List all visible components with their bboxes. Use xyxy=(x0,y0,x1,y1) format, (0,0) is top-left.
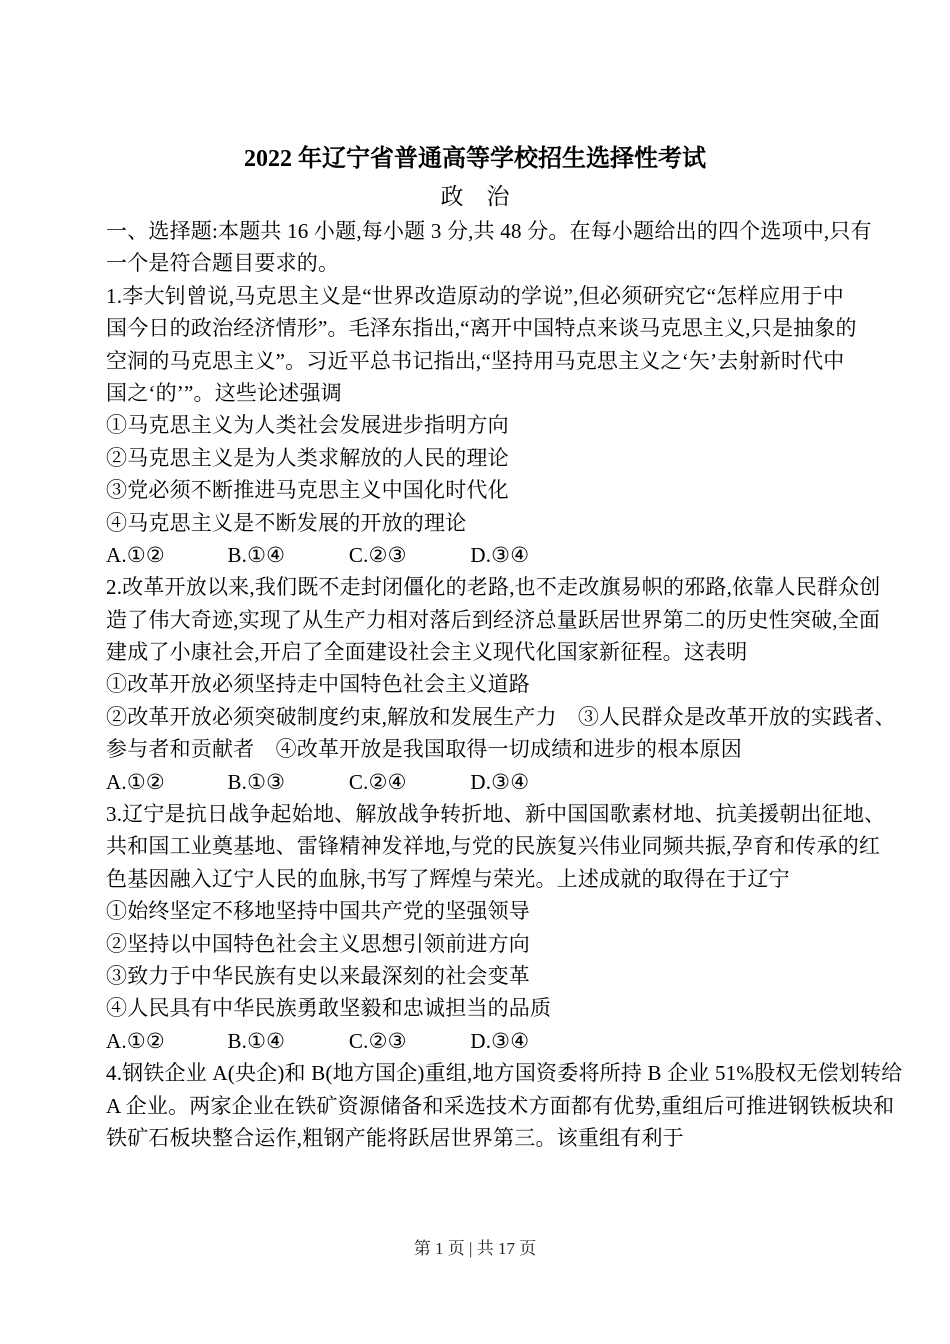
page-number-footer: 第 1 页 | 共 17 页 xyxy=(0,1238,950,1260)
answer-choice-a: A.①② xyxy=(106,766,222,798)
question-3-answer-row: A.①② B.①④ C.②③ D.③④ xyxy=(106,1025,844,1057)
question-3-statement-1: ①始终坚定不移地坚持中国共产党的坚强领导 xyxy=(106,895,844,927)
question-1-line: 国今日的政治经济情形”。毛泽东指出,“离开中国特点来谈马克思主义,只是抽象的 xyxy=(106,312,844,344)
exam-subject: 政 治 xyxy=(106,178,844,215)
question-4-line: A 企业。两家企业在铁矿资源储备和采选技术方面都有优势,重组后可推进钢铁板块和 xyxy=(106,1090,844,1122)
answer-choice-b: B.①④ xyxy=(227,539,343,571)
question-1-statement-3: ③党必须不断推进马克思主义中国化时代化 xyxy=(106,474,844,506)
question-2-line: 建成了小康社会,开启了全面建设社会主义现代化国家新征程。这表明 xyxy=(106,636,844,668)
question-4-line: 铁矿石板块整合运作,粗钢产能将跃居世界第三。该重组有利于 xyxy=(106,1122,844,1154)
question-1-statement-2: ②马克思主义是为人类求解放的人民的理论 xyxy=(106,442,844,474)
answer-choice-d: D.③④ xyxy=(470,1025,529,1057)
answer-choice-b: B.①④ xyxy=(227,1025,343,1057)
question-3-line: 色基因融入辽宁人民的血脉,书写了辉煌与荣光。上述成就的取得在于辽宁 xyxy=(106,863,844,895)
answer-choice-d: D.③④ xyxy=(470,539,529,571)
answer-choice-d: D.③④ xyxy=(470,766,529,798)
answer-choice-a: A.①② xyxy=(106,539,222,571)
question-1-statement-4: ④马克思主义是不断发展的开放的理论 xyxy=(106,507,844,539)
question-3-statement-2: ②坚持以中国特色社会主义思想引领前进方向 xyxy=(106,928,844,960)
question-1-statement-1: ①马克思主义为人类社会发展进步指明方向 xyxy=(106,409,844,441)
question-2-statement-4: 参与者和贡献者 ④改革开放是我国取得一切成绩和进步的根本原因 xyxy=(106,733,844,765)
question-2-line: 2.改革开放以来,我们既不走封闭僵化的老路,也不走改旗易帜的邪路,依靠人民群众创 xyxy=(106,571,844,603)
question-4-line: 4.钢铁企业 A(央企)和 B(地方国企)重组,地方国资委将所持 B 企业 51… xyxy=(106,1057,844,1089)
question-2-statement-1: ①改革开放必须坚持走中国特色社会主义道路 xyxy=(106,668,844,700)
question-1-line: 1.李大钊曾说,马克思主义是“世界改造原动的学说”,但必须研究它“怎样应用于中 xyxy=(106,280,844,312)
answer-choice-b: B.①③ xyxy=(227,766,343,798)
question-1-line: 空洞的马克思主义”。习近平总书记指出,“坚持用马克思主义之‘矢’去射新时代中 xyxy=(106,345,844,377)
answer-choice-c: C.②④ xyxy=(349,766,465,798)
question-1-answer-row: A.①② B.①④ C.②③ D.③④ xyxy=(106,539,844,571)
question-3-statement-3: ③致力于中华民族有史以来最深刻的社会变革 xyxy=(106,960,844,992)
answer-choice-c: C.②③ xyxy=(349,539,465,571)
question-2-line: 造了伟大奇迹,实现了从生产力相对落后到经济总量跃居世界第二的历史性突破,全面 xyxy=(106,604,844,636)
answer-choice-c: C.②③ xyxy=(349,1025,465,1057)
exam-page: 2022 年辽宁省普通高等学校招生选择性考试 政 治 一、选择题:本题共 16 … xyxy=(0,0,950,1344)
question-2-answer-row: A.①② B.①③ C.②④ D.③④ xyxy=(106,766,844,798)
question-3-statement-4: ④人民具有中华民族勇敢坚毅和忠诚担当的品质 xyxy=(106,992,844,1024)
page-content: 2022 年辽宁省普通高等学校招生选择性考试 政 治 一、选择题:本题共 16 … xyxy=(106,141,844,1154)
answer-choice-a: A.①② xyxy=(106,1025,222,1057)
question-1-line: 国之‘的’”。这些论述强调 xyxy=(106,377,844,409)
section-instructions-line: 一个是符合题目要求的。 xyxy=(106,247,844,279)
question-2-statement-2-3: ②改革开放必须突破制度约束,解放和发展生产力 ③人民群众是改革开放的实践者、 xyxy=(106,701,844,733)
section-instructions-line: 一、选择题:本题共 16 小题,每小题 3 分,共 48 分。在每小题给出的四个… xyxy=(106,215,844,247)
question-3-line: 3.辽宁是抗日战争起始地、解放战争转折地、新中国国歌素材地、抗美援朝出征地、 xyxy=(106,798,844,830)
exam-title: 2022 年辽宁省普通高等学校招生选择性考试 xyxy=(106,141,844,178)
question-3-line: 共和国工业奠基地、雷锋精神发祥地,与党的民族复兴伟业同频共振,孕育和传承的红 xyxy=(106,830,844,862)
